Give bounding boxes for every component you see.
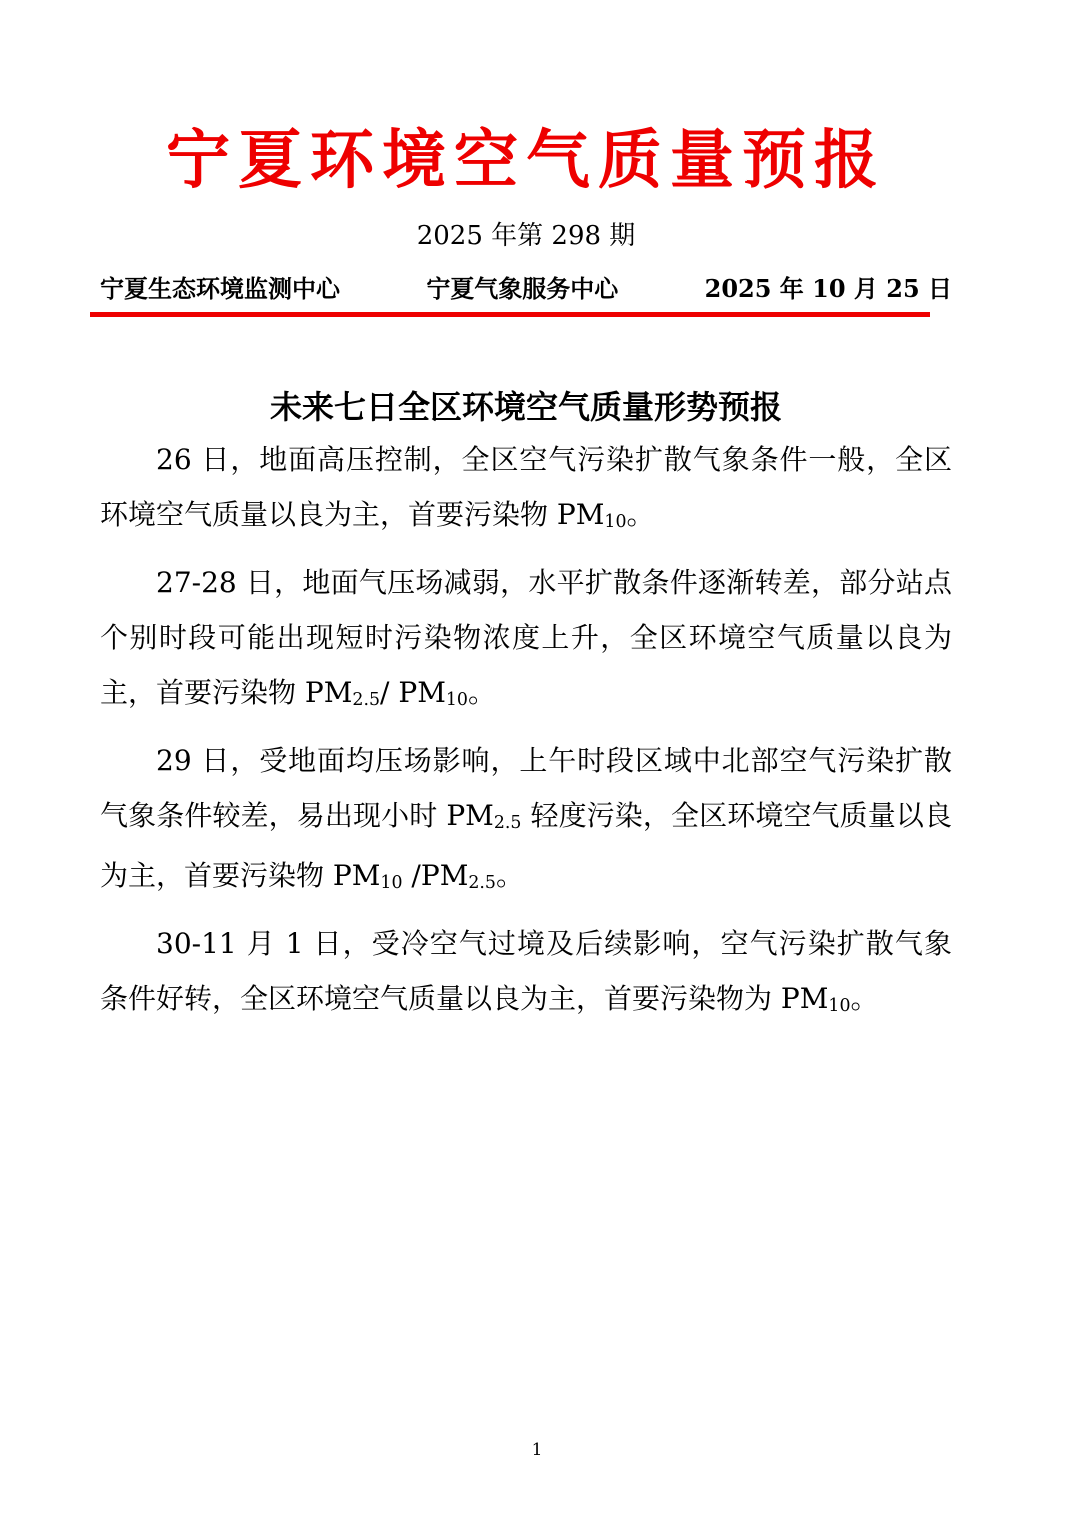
pm-subscript: 10	[380, 873, 402, 893]
forecast-paragraph-day29: 29 日，受地面均压场影响，上午时段区域中北部空气污染扩散气象条件较差，易出现小…	[100, 733, 952, 908]
org-center-label: 宁夏气象服务中心	[426, 274, 618, 305]
document-content: 宁夏环境空气质量预报 2025 年第 298 期 宁夏生态环境监测中心 宁夏气象…	[0, 124, 1074, 1031]
document-page: 宁夏环境空气质量预报 2025 年第 298 期 宁夏生态环境监测中心 宁夏气象…	[0, 0, 1074, 1520]
page-number: 1	[0, 1440, 1074, 1460]
pm-subscript: 10	[828, 996, 850, 1016]
pm-subscript: 2.5	[468, 873, 496, 893]
issue-number: 2025 年第 298 期	[100, 220, 952, 254]
publisher-header-row: 宁夏生态环境监测中心 宁夏气象服务中心 2025 年 10 月 25 日	[100, 273, 952, 305]
forecast-paragraph-day26: 26 日，地面高压控制，全区空气污染扩散气象条件一般，全区环境空气质量以良为主，…	[100, 432, 952, 547]
red-divider-rule	[90, 312, 930, 317]
pm-subscript: 10	[604, 512, 626, 532]
forecast-body: 26 日，地面高压控制，全区空气污染扩散气象条件一般，全区环境空气质量以良为主，…	[100, 432, 952, 1031]
pm-subscript: 10	[446, 690, 468, 710]
section-heading: 未来七日全区环境空气质量形势预报	[100, 387, 952, 427]
org-left-label: 宁夏生态环境监测中心	[100, 274, 340, 305]
pm-subscript: 2.5	[352, 690, 380, 710]
document-title: 宁夏环境空气质量预报	[100, 124, 952, 198]
forecast-paragraph-day27-28: 27-28 日，地面气压场减弱，水平扩散条件逐渐转差，部分站点个别时段可能出现短…	[100, 555, 952, 725]
forecast-paragraph-day30-nov1: 30-11 月 1 日，受冷空气过境及后续影响，空气污染扩散气象条件好转，全区环…	[100, 916, 952, 1031]
pm-subscript: 2.5	[494, 813, 522, 833]
issue-date-label: 2025 年 10 月 25 日	[705, 273, 952, 304]
